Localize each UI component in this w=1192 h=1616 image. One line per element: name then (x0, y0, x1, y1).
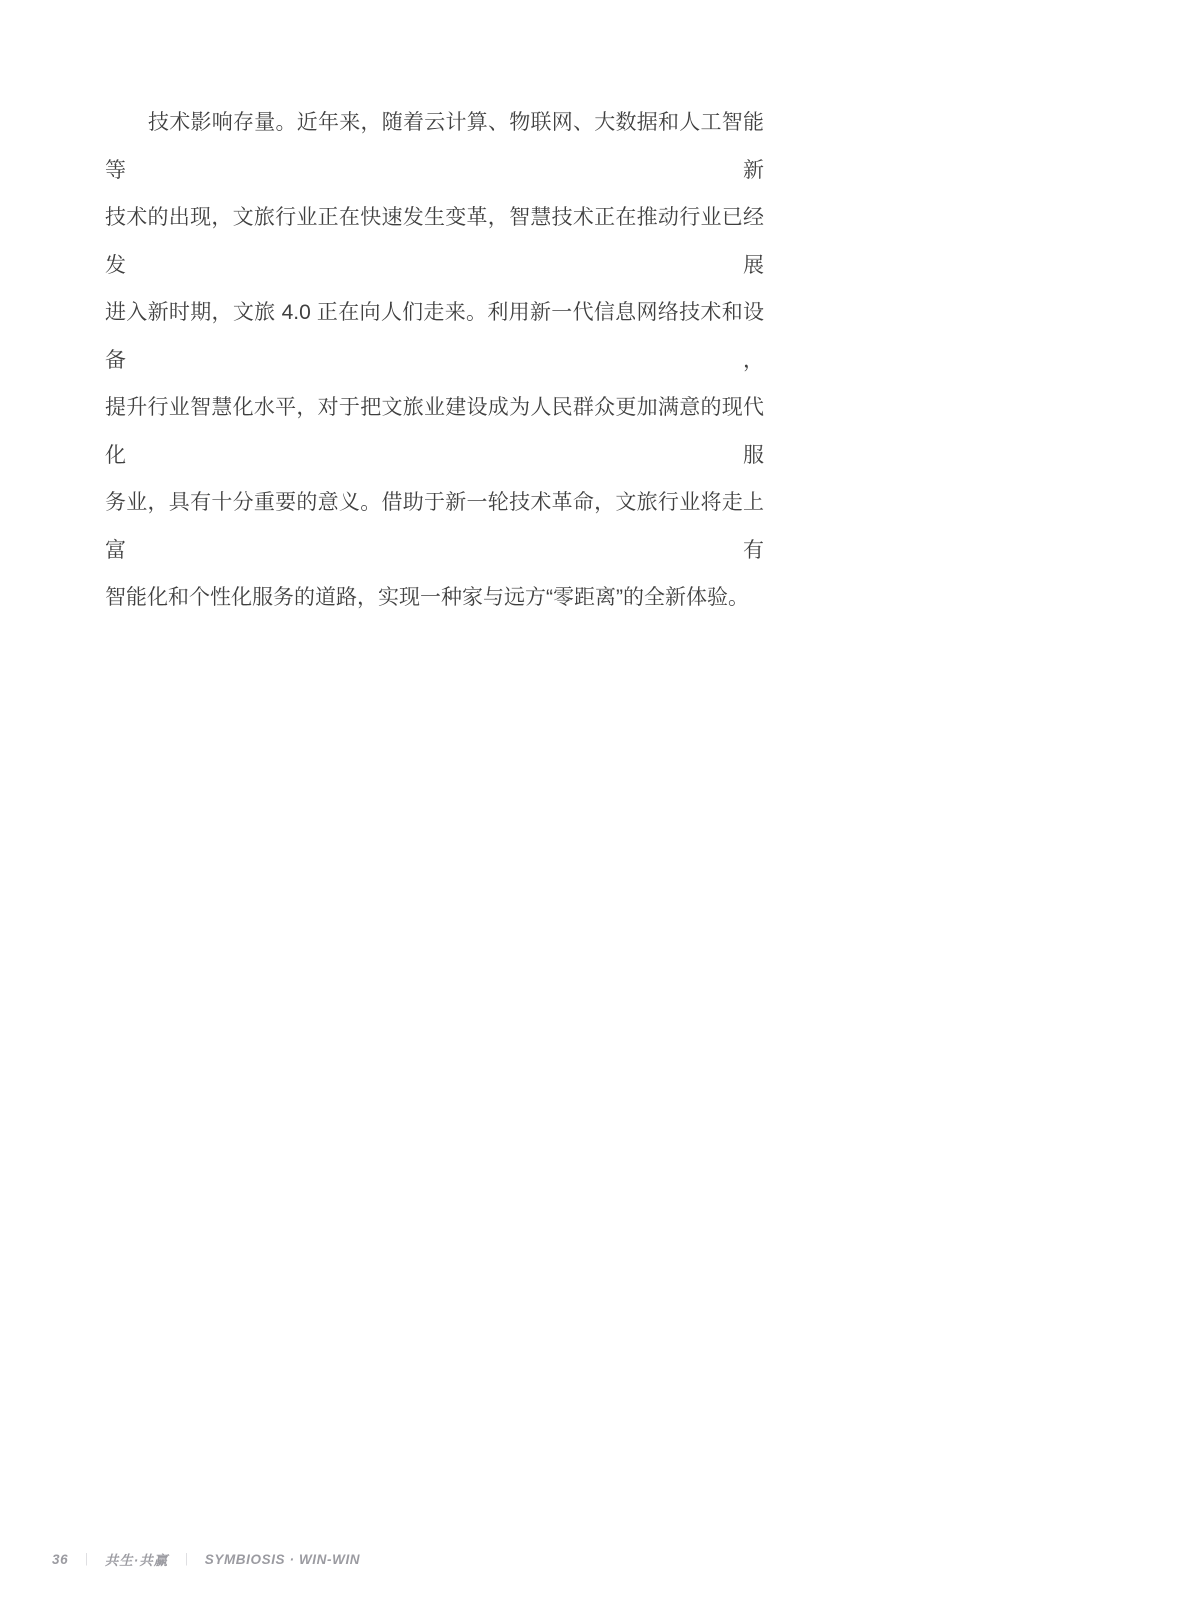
footer-divider: ｜ (180, 1550, 193, 1568)
paragraph-line: 技术的出现，文旅行业正在快速发生变革，智慧技术正在推动行业已经发展 (105, 194, 764, 289)
footer-divider: ｜ (80, 1550, 93, 1568)
document-page: 技术影响存量。近年来，随着云计算、物联网、大数据和人工智能等新 技术的出现，文旅… (0, 0, 1192, 1616)
footer-label-chinese: 共生·共赢 (105, 1549, 169, 1569)
footer-label-english: SYMBIOSIS · WIN-WIN (205, 1552, 360, 1567)
paragraph-line: 智能化和个性化服务的道路，实现一种家与远方“零距离”的全新体验。 (105, 574, 764, 622)
paragraph-line: 提升行业智慧化水平，对于把文旅业建设成为人民群众更加满意的现代化服 (105, 384, 764, 479)
paragraph-line: 进入新时期，文旅 4.0 正在向人们走来。利用新一代信息网络技术和设备， (105, 289, 764, 384)
page-footer: 36 ｜ 共生·共赢 ｜ SYMBIOSIS · WIN-WIN (52, 1549, 360, 1569)
paragraph-line: 技术影响存量。近年来，随着云计算、物联网、大数据和人工智能等新 (105, 99, 764, 194)
body-paragraph: 技术影响存量。近年来，随着云计算、物联网、大数据和人工智能等新 技术的出现，文旅… (105, 99, 764, 622)
page-number: 36 (52, 1552, 68, 1567)
paragraph-line: 务业，具有十分重要的意义。借助于新一轮技术革命，文旅行业将走上富有 (105, 479, 764, 574)
